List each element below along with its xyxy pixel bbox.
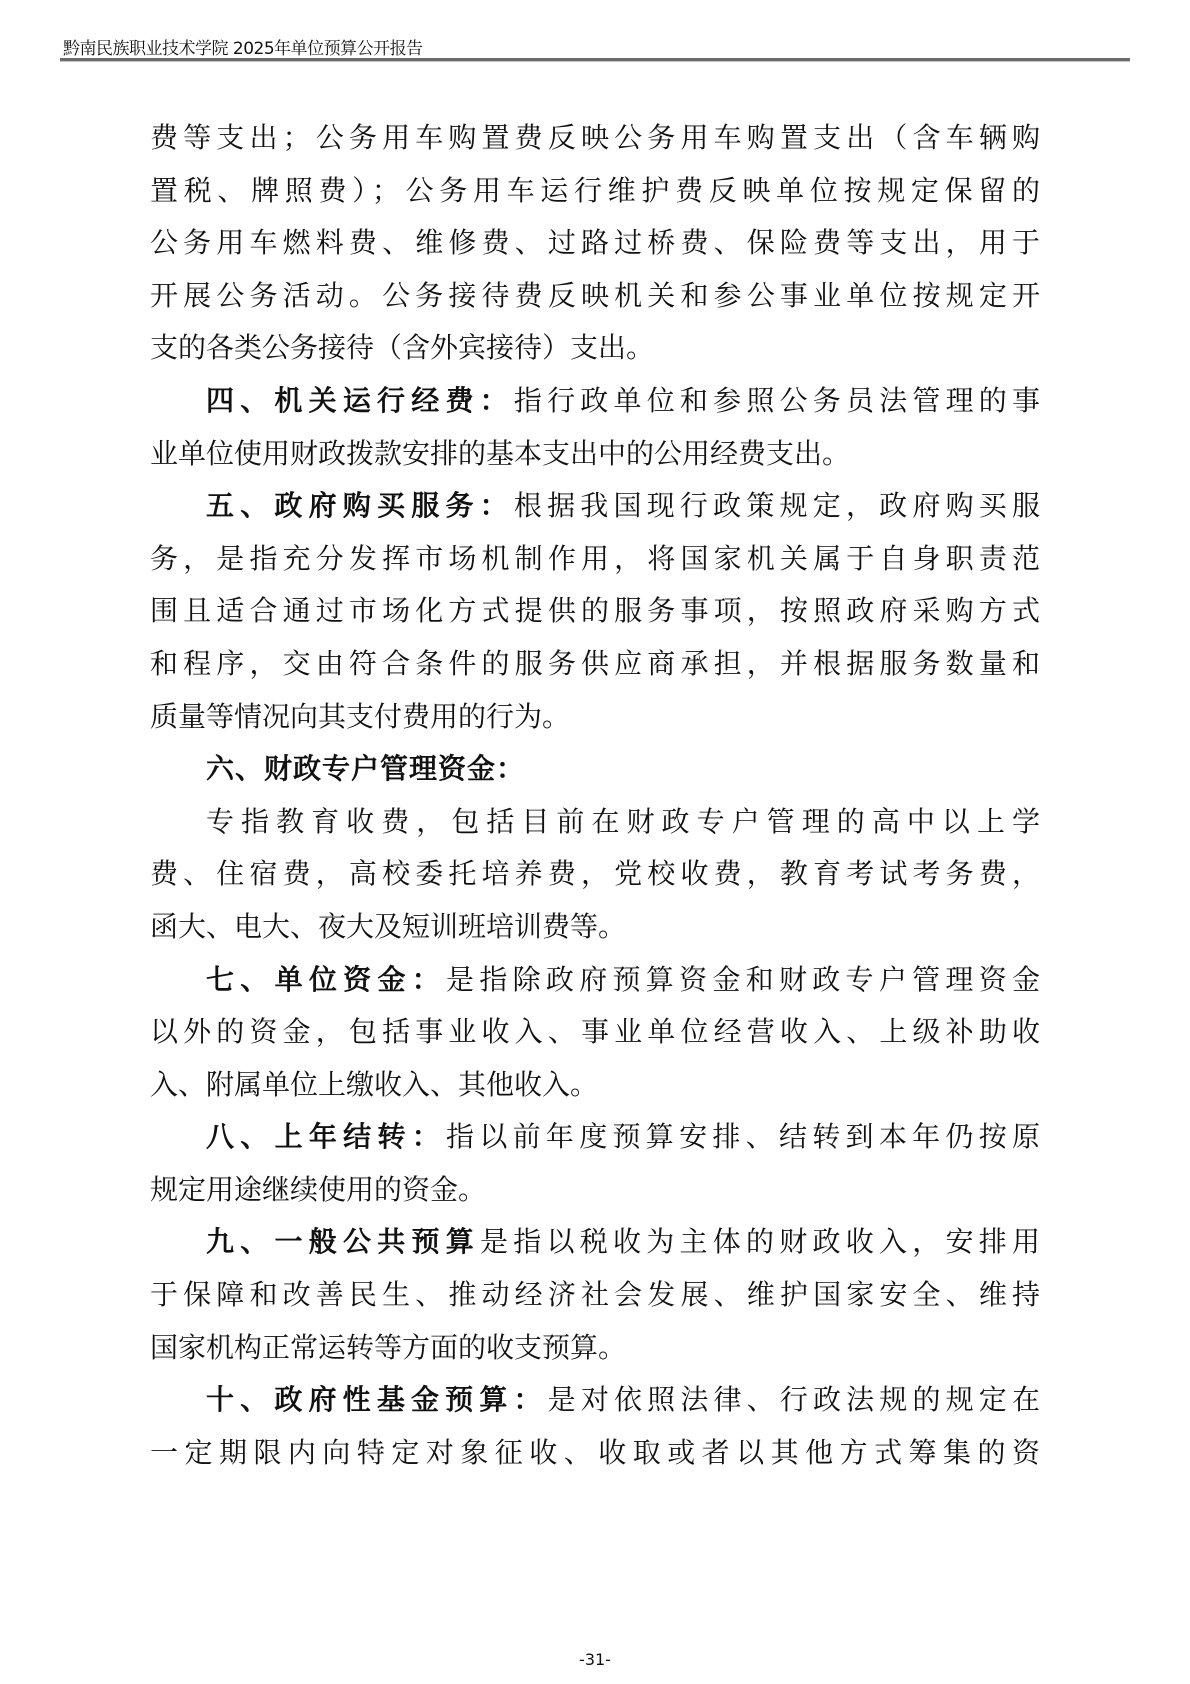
section-heading: 十、政府性基金预算：	[206, 1383, 548, 1416]
section-heading-line: 八、上年结转：指以前年度预算安排、结转到本年仍按原	[150, 1117, 1040, 1170]
paragraph-line: 入、附属单位上缴收入、其他收入。	[150, 1065, 1040, 1118]
paragraph-line: 业单位使用财政拨款安排的基本支出中的公用经费支出。	[150, 434, 1040, 487]
paragraph-line: 支的各类公务接待（含外宾接待）支出。	[150, 328, 1040, 381]
section-heading-line: 九、一般公共预算是指以税收为主体的财政收入，安排用	[150, 1222, 1040, 1275]
paragraph-line: 国家机构正常运转等方面的收支预算。	[150, 1328, 1040, 1381]
paragraph-line: 专指教育收费，包括目前在财政专户管理的高中以上学	[150, 802, 1040, 855]
section-heading: 四、机关运行经费：	[206, 384, 514, 417]
paragraph-line: 置税、牌照费）；公务用车运行维护费反映单位按规定保留的	[150, 171, 1040, 224]
paragraph-line: 一定期限内向特定对象征收、收取或者以其他方式筹集的资	[150, 1433, 1040, 1486]
section-heading: 六、财政专户管理资金：	[206, 752, 525, 785]
paragraph-line: 费、住宿费，高校委托培养费，党校收费，教育考试考务费，	[150, 854, 1040, 907]
paragraph-line: 和程序，交由符合条件的服务供应商承担，并根据服务数量和	[150, 644, 1040, 697]
section-heading-line: 十、政府性基金预算：是对依照法律、行政法规的规定在	[150, 1380, 1040, 1433]
paragraph-line: 务，是指充分发挥市场机制作用，将国家机关属于自身职责范	[150, 539, 1040, 592]
document-title: 黔南民族职业技术学院 2025年单位预算公开报告	[63, 34, 423, 59]
page-number: -31-	[0, 1650, 1190, 1669]
paragraph-line: 费等支出；公务用车购置费反映公务用车购置支出（含车辆购	[150, 118, 1040, 171]
section-heading: 八、上年结转：	[206, 1120, 446, 1153]
paragraph-line: 围且适合通过市场化方式提供的服务事项，按照政府采购方式	[150, 591, 1040, 644]
section-heading: 九、一般公共预算	[206, 1225, 480, 1258]
section-heading-line: 五、政府购买服务：根据我国现行政策规定，政府购买服	[150, 486, 1040, 539]
paragraph-line: 开展公务活动。公务接待费反映机关和参公事业单位按规定开	[150, 276, 1040, 329]
paragraph-line: 函大、电大、夜大及短训班培训费等。	[150, 907, 1040, 960]
paragraph-line: 于保障和改善民生、推动经济社会发展、维护国家安全、维持	[150, 1275, 1040, 1328]
document-body: 费等支出；公务用车购置费反映公务用车购置支出（含车辆购 置税、牌照费）；公务用车…	[150, 118, 1040, 1485]
paragraph-line: 规定用途继续使用的资金。	[150, 1170, 1040, 1223]
section-heading: 七、单位资金：	[206, 963, 446, 996]
section-heading: 五、政府购买服务：	[206, 489, 514, 522]
header-divider	[60, 58, 1130, 62]
section-heading-line: 六、财政专户管理资金：	[150, 749, 1040, 802]
paragraph-line: 质量等情况向其支付费用的行为。	[150, 697, 1040, 750]
section-heading-line: 四、机关运行经费：指行政单位和参照公务员法管理的事	[150, 381, 1040, 434]
paragraph-line: 公务用车燃料费、维修费、过路过桥费、保险费等支出，用于	[150, 223, 1040, 276]
section-heading-line: 七、单位资金：是指除政府预算资金和财政专户管理资金	[150, 960, 1040, 1013]
paragraph-line: 以外的资金，包括事业收入、事业单位经营收入、上级补助收	[150, 1012, 1040, 1065]
